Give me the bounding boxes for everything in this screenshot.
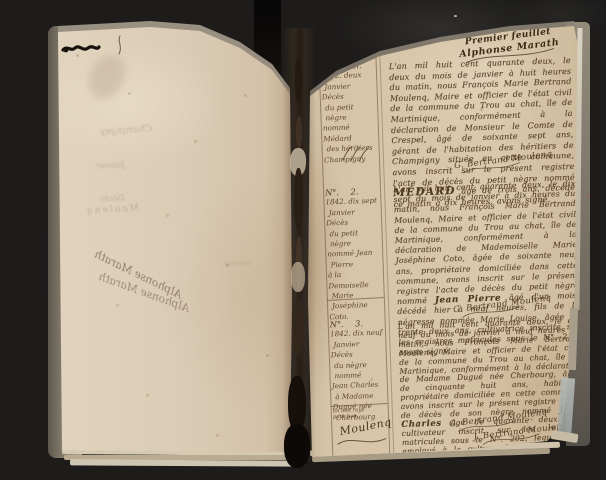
margin-line: Jean Charles <box>332 380 386 392</box>
act-text: L'an mil huit cent quarante deux, le dix… <box>398 316 583 420</box>
right-page: Premier feuillet Alphonse Marath N°. 1er… <box>300 18 592 464</box>
ghost-writing: Champigny <box>100 124 152 138</box>
margin-line: du petit nègre <box>325 101 377 124</box>
ink-blot-icon <box>61 41 101 56</box>
margin-line: 1842. dix sept <box>325 196 379 208</box>
margin-entry-2: N°. 2. 1842. dix sept Janvier Décès du p… <box>325 186 384 323</box>
left-page: Champigny Janvier Décès Moulenq quarante… <box>56 24 294 462</box>
margin-line: du nègre nommé <box>334 359 386 382</box>
register-text-layer: N°. 1er. 1842. deux Janvier Décès du pet… <box>308 36 600 461</box>
ink-mark-icon <box>113 34 127 56</box>
left-page-area: Champigny Janvier Décès Moulenq quarante… <box>56 24 294 464</box>
act-text: L'an mil huit cent quarante deux, le dix… <box>393 179 579 307</box>
margin-line: 1842. dix neuf <box>330 328 384 340</box>
margin-line: Marie Joséphine <box>332 290 384 313</box>
margin-line: à la Demoiselle <box>328 269 383 292</box>
dust-speck <box>588 194 590 196</box>
death-act-3: L'an mil huit cent quarante deux, le dix… <box>398 317 585 475</box>
foxing-spots <box>76 54 79 57</box>
gutter-binding <box>284 424 310 468</box>
margin-line: nommé Médard <box>323 122 378 145</box>
ghost-writing: Décès <box>100 194 125 204</box>
right-page-area: Premier feuillet Alphonse Marath N°. 1er… <box>300 18 592 466</box>
paraphe-flourish-icon <box>339 144 374 163</box>
gutter-binding <box>293 298 303 356</box>
ghost-writing: Moulenq <box>85 204 140 217</box>
gutter-binding <box>295 58 302 104</box>
scanned-register-photo: { "colors": { "background": "#262423", "… <box>0 0 606 480</box>
margin-line: du petit nègre <box>329 227 381 250</box>
gutter-binding <box>296 116 302 148</box>
signature-swash-icon <box>336 435 388 447</box>
gutter-binding <box>294 168 303 230</box>
dust-speck <box>454 15 457 17</box>
ghost-writing: quarante <box>224 260 252 268</box>
binding-tape <box>291 262 305 292</box>
ghost-writing: Janvier <box>96 160 125 170</box>
paper-smudge <box>81 49 133 106</box>
